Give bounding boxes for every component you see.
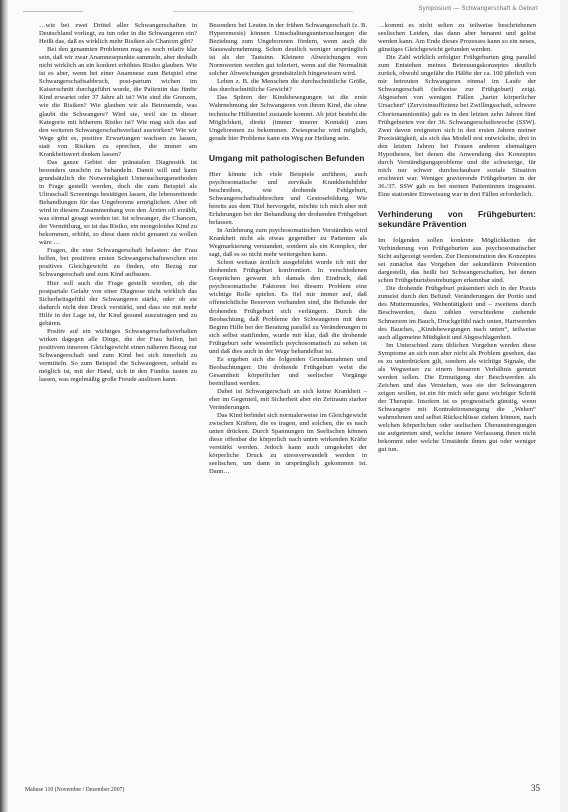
paragraph: Besonders bei Leuten in der frühen Schwa… <box>209 22 367 78</box>
paragraph: Das Spüren der Kindsbewegungen ist die e… <box>209 94 367 142</box>
scan-binding-edge <box>0 0 8 812</box>
page-number: 35 <box>531 783 540 793</box>
paragraph: Schon weitaus ärztlich ausgebildet wurde… <box>209 259 367 356</box>
column-2: Besonders bei Leuten in der frühen Schwa… <box>209 22 367 476</box>
header-rule <box>23 11 83 12</box>
paragraph: Leben z. B. die Menschen die durchschnit… <box>209 78 367 94</box>
section-heading: Umgang mit pathologischen Befunden <box>209 153 367 163</box>
column-1: …wie bei zwei Drittel aller Schwangersch… <box>39 22 197 384</box>
magazine-page: Symposium — Schwangerschaft & Geburt …wi… <box>8 0 560 812</box>
paragraph: Fragen, die eine Schwangerschaft belaste… <box>39 247 197 279</box>
running-head: Symposium — Schwangerschaft & Geburt <box>418 6 538 12</box>
paragraph: Das ganze Gebiet der pränatalen Diagnost… <box>39 159 197 248</box>
paragraph: Im Unterschied zum üblichen Vorgehen wer… <box>378 342 536 455</box>
paragraph: Hier soll auch die Frage gestellt werden… <box>39 280 197 328</box>
footer-citation: Mabuse 110 (November / Dezember 2007) <box>25 787 124 793</box>
paragraph: Im folgenden sollen konkrete Möglichkeit… <box>378 237 536 285</box>
paragraph: Positiv auf ein wichtiges Schwangerschaf… <box>39 328 197 384</box>
header-rule <box>173 11 353 12</box>
paragraph: Bei den genannten Problemen mag es noch … <box>39 46 197 159</box>
paragraph: …wie bei zwei Drittel aller Schwangersch… <box>39 22 197 46</box>
paragraph: …kommt es nicht selten zu teilweise besc… <box>378 22 536 54</box>
paragraph: Die Zahl wirklich erfolgter Frühgeburten… <box>378 54 536 199</box>
paragraph: Es ergeben sich die folgenden Grundannah… <box>209 356 367 388</box>
paragraph: Die drohende Frühgeburt präsentiert sich… <box>378 285 536 341</box>
paragraph: Hier könnte ich viele Beispiele anführen… <box>209 171 367 227</box>
paragraph: Das Kind befindet sich normalerweise im … <box>209 412 367 476</box>
paragraph: In Anlehnung zum psychosomatischen Verst… <box>209 227 367 259</box>
section-heading: Verhinderung von Frühgeburten: sekundäre… <box>378 209 536 229</box>
column-3: …kommt es nicht selten zu teilweise besc… <box>378 22 536 454</box>
paragraph: Dabei ist Schwangerschaft an sich keine … <box>209 388 367 412</box>
